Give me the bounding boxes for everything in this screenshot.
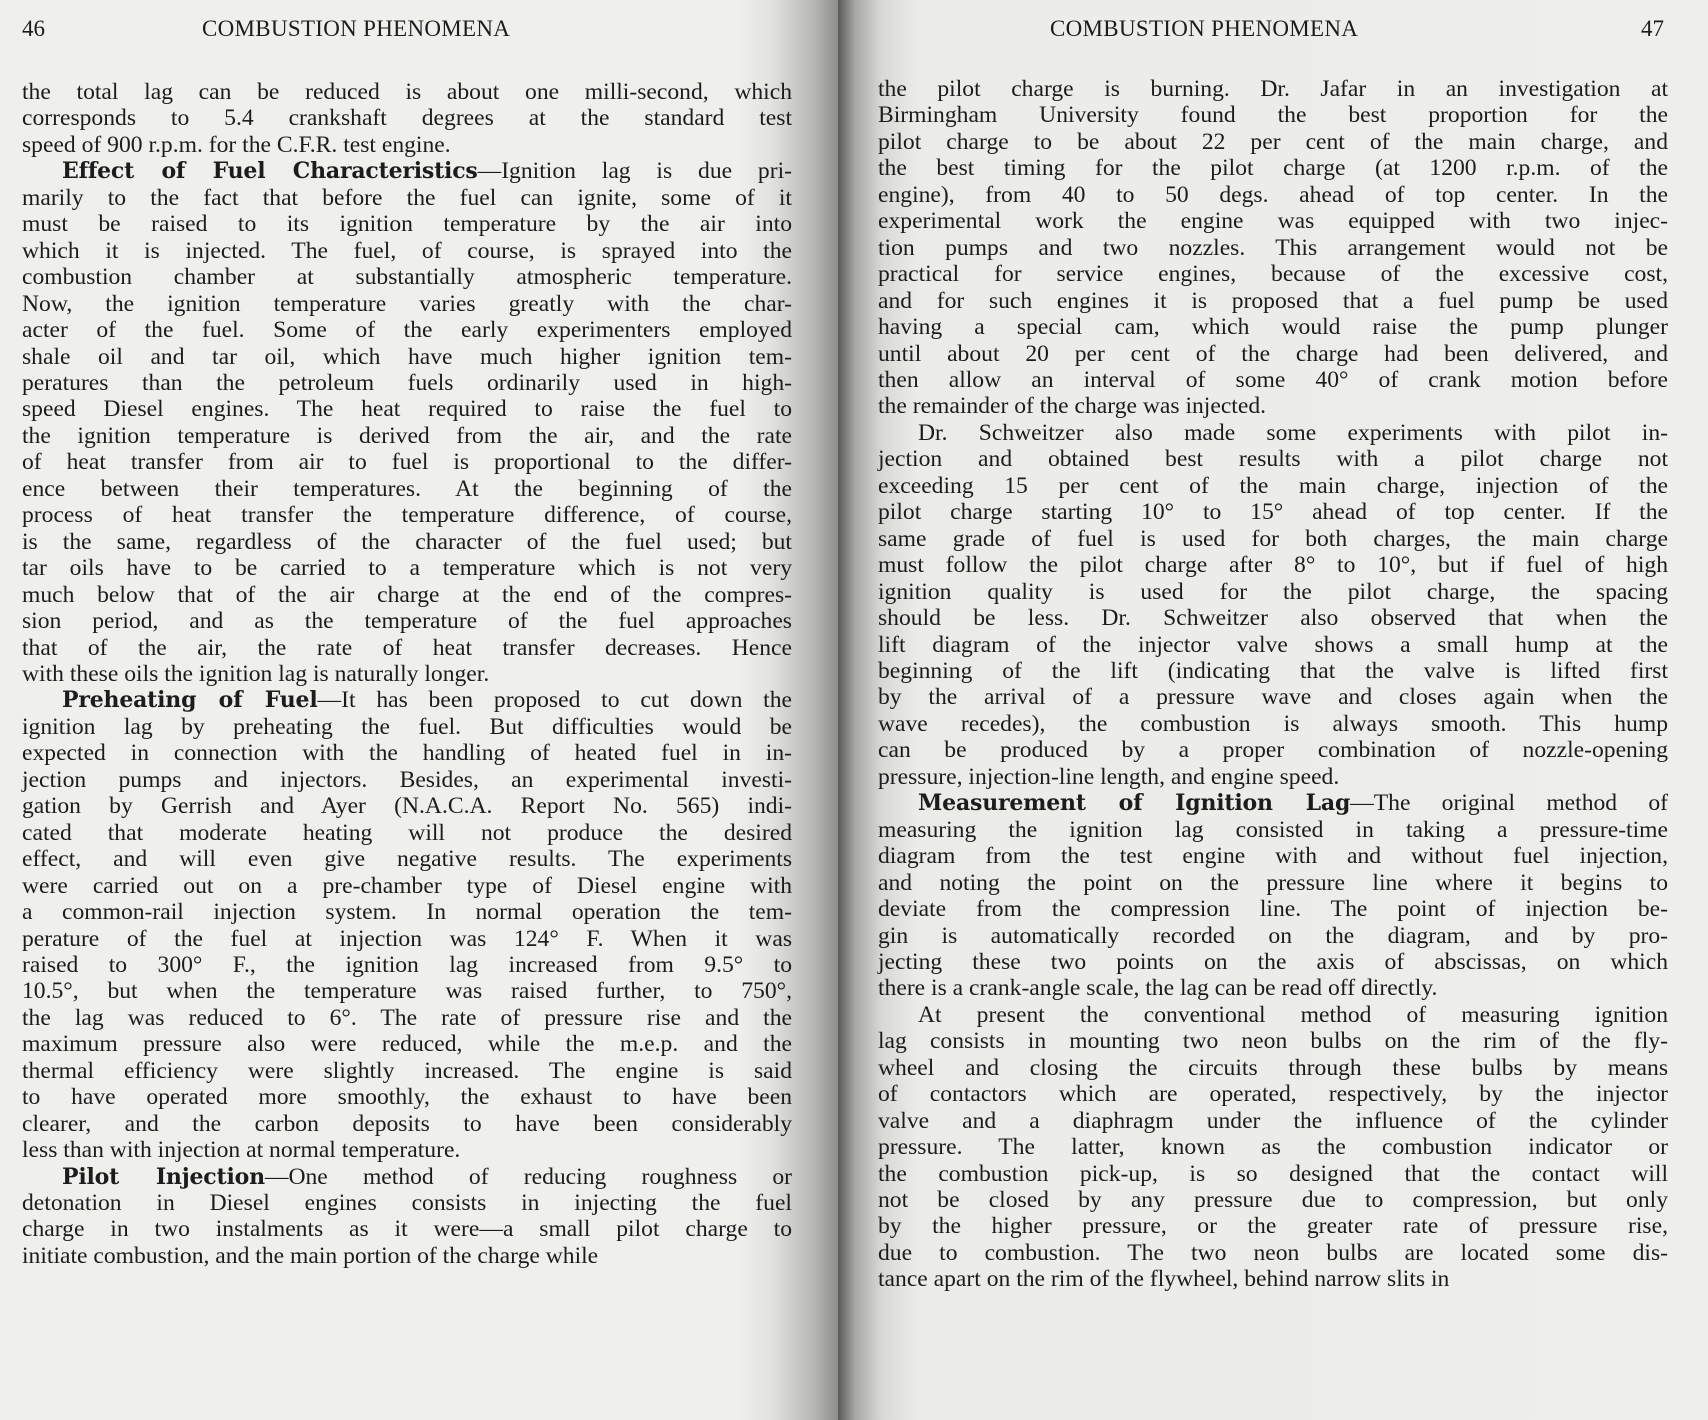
- line-text: tance apart on the rim of the flywheel, …: [878, 1266, 1449, 1292]
- line-text: valve and a diaphragm under the influenc…: [878, 1108, 1668, 1134]
- text-line: much below that of the air charge at the…: [22, 582, 792, 608]
- line-text: the combustion pick-up, is so designed t…: [878, 1161, 1668, 1187]
- line-text: must follow the pilot charge after 8° to…: [878, 552, 1668, 578]
- text-line: 10.5°, but when the temperature was rais…: [22, 978, 792, 1004]
- text-line: Preheating of Fuel—It has been proposed …: [22, 687, 792, 713]
- text-line: lag consists in mounting two neon bulbs …: [878, 1028, 1668, 1054]
- section-heading: Effect of Fuel Characteristics: [62, 158, 478, 184]
- text-line: until about 20 per cent of the charge ha…: [878, 341, 1668, 367]
- line-text: jecting these two points on the axis of …: [878, 949, 1668, 975]
- text-line: pressure. The latter, known as the combu…: [878, 1134, 1668, 1160]
- line-text: —The original method of: [1350, 790, 1668, 816]
- line-text: with these oils the ignition lag is natu…: [22, 661, 489, 687]
- text-line: ignition quality is used for the pilot c…: [878, 579, 1668, 605]
- text-line: ignition lag by preheating the fuel. But…: [22, 714, 792, 740]
- text-line: jecting these two points on the axis of …: [878, 949, 1668, 975]
- paragraph: Dr. Schweitzer also made some experiment…: [878, 420, 1668, 790]
- text-line: peratures than the petroleum fuels ordin…: [22, 370, 792, 396]
- text-line: that of the air, the rate of heat transf…: [22, 635, 792, 661]
- line-text: peratures than the petroleum fuels ordin…: [22, 370, 792, 396]
- text-line: At present the conventional method of me…: [878, 1002, 1668, 1028]
- paragraph: the total lag can be reduced is about on…: [22, 79, 792, 158]
- text-line: gin is automatically recorded on the dia…: [878, 923, 1668, 949]
- page-number: 47: [1641, 16, 1664, 42]
- line-text: beginning of the lift (indicating that t…: [878, 658, 1668, 684]
- line-text: of contactors which are operated, respec…: [878, 1081, 1668, 1107]
- text-line: were carried out on a pre-chamber type o…: [22, 873, 792, 899]
- body-text: the total lag can be reduced is about on…: [22, 79, 792, 1269]
- line-text: then allow an interval of some 40° of cr…: [878, 367, 1668, 393]
- line-text: diagram from the test engine with and wi…: [878, 843, 1668, 869]
- line-text: At present the conventional method of me…: [918, 1002, 1668, 1028]
- text-line: maximum pressure also were reduced, whil…: [22, 1031, 792, 1057]
- section-heading: Pilot Injection: [62, 1164, 265, 1190]
- line-text: pressure. The latter, known as the combu…: [878, 1134, 1668, 1160]
- paragraph: the pilot charge is burning. Dr. Jafar i…: [878, 76, 1668, 420]
- text-line: there is a crank-angle scale, the lag ca…: [878, 975, 1668, 1001]
- text-line: diagram from the test engine with and wi…: [878, 843, 1668, 869]
- text-line: ence between their temperatures. At the …: [22, 476, 792, 502]
- line-text: having a special cam, which would raise …: [878, 314, 1668, 340]
- text-line: Birmingham University found the best pro…: [878, 102, 1668, 128]
- line-text: due to combustion. The two neon bulbs ar…: [878, 1240, 1668, 1266]
- text-line: jection and obtained best results with a…: [878, 446, 1668, 472]
- line-text: by the higher pressure, or the greater r…: [878, 1213, 1668, 1239]
- right-page: COMBUSTION PHENOMENA 47 the pilot charge…: [838, 0, 1708, 1420]
- text-line: the pilot charge is burning. Dr. Jafar i…: [878, 76, 1668, 102]
- line-text: raised to 300° F., the ignition lag incr…: [22, 952, 792, 978]
- text-line: then allow an interval of some 40° of cr…: [878, 367, 1668, 393]
- line-text: measuring the ignition lag consisted in …: [878, 817, 1668, 843]
- line-text: lag consists in mounting two neon bulbs …: [878, 1028, 1668, 1054]
- line-text: engine), from 40 to 50 degs. ahead of to…: [878, 182, 1668, 208]
- text-line: can be produced by a proper combination …: [878, 737, 1668, 763]
- line-text: combustion chamber at substantially atmo…: [22, 264, 792, 290]
- text-line: and noting the point on the pressure lin…: [878, 870, 1668, 896]
- line-text: lift diagram of the injector valve shows…: [878, 632, 1668, 658]
- line-text: Dr. Schweitzer also made some experiment…: [918, 420, 1668, 446]
- line-text: ignition lag by preheating the fuel. But…: [22, 714, 792, 740]
- text-line: beginning of the lift (indicating that t…: [878, 658, 1668, 684]
- line-text: Birmingham University found the best pro…: [878, 102, 1668, 128]
- text-line: the lag was reduced to 6°. The rate of p…: [22, 1005, 792, 1031]
- line-text: of heat transfer from air to fuel is pro…: [22, 449, 792, 475]
- text-line: practical for service engines, because o…: [878, 261, 1668, 287]
- line-text: pressure, injection-line length, and eng…: [878, 764, 1339, 790]
- line-text: tion pumps and two nozzles. This arrange…: [878, 235, 1668, 261]
- line-text: pilot charge to be about 22 per cent of …: [878, 129, 1668, 155]
- text-line: acter of the fuel. Some of the early exp…: [22, 317, 792, 343]
- text-line: and for such engines it is proposed that…: [878, 288, 1668, 314]
- text-line: speed of 900 r.p.m. for the C.F.R. test …: [22, 132, 792, 158]
- text-line: sion period, and as the temperature of t…: [22, 608, 792, 634]
- paragraph: Preheating of Fuel—It has been proposed …: [22, 687, 792, 1163]
- line-text: Now, the ignition temperature varies gre…: [22, 291, 792, 317]
- paragraph: Pilot Injection—One method of reducing r…: [22, 1164, 792, 1270]
- line-text: effect, and will even give negative resu…: [22, 846, 792, 872]
- line-text: gation by Gerrish and Ayer (N.A.C.A. Rep…: [22, 793, 792, 819]
- text-line: must be raised to its ignition temperatu…: [22, 211, 792, 237]
- paragraph: Effect of Fuel Characteristics—Ignition …: [22, 158, 792, 687]
- text-line: by the higher pressure, or the greater r…: [878, 1213, 1668, 1239]
- text-line: tion pumps and two nozzles. This arrange…: [878, 235, 1668, 261]
- text-line: Dr. Schweitzer also made some experiment…: [878, 420, 1668, 446]
- section-heading: Preheating of Fuel: [62, 687, 318, 713]
- line-text: until about 20 per cent of the charge ha…: [878, 341, 1668, 367]
- line-text: deviate from the compression line. The p…: [878, 896, 1668, 922]
- line-text: thermal efficiency were slightly increas…: [22, 1058, 792, 1084]
- text-line: should be less. Dr. Schweitzer also obse…: [878, 605, 1668, 631]
- running-head: COMBUSTION PHENOMENA: [202, 16, 510, 42]
- line-text: gin is automatically recorded on the dia…: [878, 923, 1668, 949]
- line-text: that of the air, the rate of heat transf…: [22, 635, 792, 661]
- text-line: not be closed by any pressure due to com…: [878, 1187, 1668, 1213]
- text-line: pilot charge to be about 22 per cent of …: [878, 129, 1668, 155]
- left-page: 46 COMBUSTION PHENOMENA the total lag ca…: [0, 0, 838, 1420]
- text-line: by the arrival of a pressure wave and cl…: [878, 684, 1668, 710]
- text-line: exceeding 15 per cent of the main charge…: [878, 473, 1668, 499]
- line-text: tar oils have to be carried to a tempera…: [22, 555, 792, 581]
- text-line: wave recedes), the combustion is always …: [878, 711, 1668, 737]
- text-line: less than with injection at normal tempe…: [22, 1137, 792, 1163]
- line-text: were carried out on a pre-chamber type o…: [22, 873, 792, 899]
- text-line: lift diagram of the injector valve shows…: [878, 632, 1668, 658]
- book-spread: 46 COMBUSTION PHENOMENA the total lag ca…: [0, 0, 1708, 1420]
- line-text: sion period, and as the temperature of t…: [22, 608, 792, 634]
- line-text: —It has been proposed to cut down the: [318, 687, 792, 713]
- line-text: detonation in Diesel engines consists in…: [22, 1190, 792, 1216]
- text-line: the total lag can be reduced is about on…: [22, 79, 792, 105]
- text-line: of contactors which are operated, respec…: [878, 1081, 1668, 1107]
- text-line: to have operated more smoothly, the exha…: [22, 1084, 792, 1110]
- page-number: 46: [22, 16, 45, 42]
- line-text: speed of 900 r.p.m. for the C.F.R. test …: [22, 132, 451, 158]
- line-text: pilot charge starting 10° to 15° ahead o…: [878, 499, 1668, 525]
- text-line: valve and a diaphragm under the influenc…: [878, 1108, 1668, 1134]
- text-line: expected in connection with the handling…: [22, 740, 792, 766]
- line-text: there is a crank-angle scale, the lag ca…: [878, 975, 1437, 1001]
- text-line: detonation in Diesel engines consists in…: [22, 1190, 792, 1216]
- text-line: is the same, regardless of the character…: [22, 529, 792, 555]
- body-text: the pilot charge is burning. Dr. Jafar i…: [878, 76, 1668, 1293]
- line-text: is the same, regardless of the character…: [22, 529, 792, 555]
- section-heading: Measurement of Ignition Lag: [918, 790, 1350, 816]
- text-line: measuring the ignition lag consisted in …: [878, 817, 1668, 843]
- line-text: the lag was reduced to 6°. The rate of p…: [22, 1005, 792, 1031]
- text-line: marily to the fact that before the fuel …: [22, 185, 792, 211]
- line-text: by the arrival of a pressure wave and cl…: [878, 684, 1668, 710]
- line-text: the ignition temperature is derived from…: [22, 423, 792, 449]
- paragraph: Measurement of Ignition Lag—The original…: [878, 790, 1668, 1002]
- text-line: the combustion pick-up, is so designed t…: [878, 1161, 1668, 1187]
- text-line: effect, and will even give negative resu…: [22, 846, 792, 872]
- text-line: process of heat transfer the temperature…: [22, 502, 792, 528]
- line-text: clearer, and the carbon deposits to have…: [22, 1111, 792, 1137]
- text-line: the remainder of the charge was injected…: [878, 393, 1668, 419]
- line-text: acter of the fuel. Some of the early exp…: [22, 317, 792, 343]
- line-text: experimental work the engine was equippe…: [878, 208, 1668, 234]
- text-line: of heat transfer from air to fuel is pro…: [22, 449, 792, 475]
- text-line: tar oils have to be carried to a tempera…: [22, 555, 792, 581]
- paragraph: At present the conventional method of me…: [878, 1002, 1668, 1293]
- line-text: marily to the fact that before the fuel …: [22, 185, 792, 211]
- text-line: clearer, and the carbon deposits to have…: [22, 1111, 792, 1137]
- line-text: the remainder of the charge was injected…: [878, 393, 1266, 419]
- text-line: pilot charge starting 10° to 15° ahead o…: [878, 499, 1668, 525]
- text-line: having a special cam, which would raise …: [878, 314, 1668, 340]
- line-text: speed Diesel engines. The heat required …: [22, 396, 792, 422]
- text-line: a common-rail injection system. In norma…: [22, 899, 792, 925]
- text-line: Measurement of Ignition Lag—The original…: [878, 790, 1668, 816]
- text-line: tance apart on the rim of the flywheel, …: [878, 1266, 1668, 1292]
- line-text: shale oil and tar oil, which have much h…: [22, 344, 792, 370]
- text-line: experimental work the engine was equippe…: [878, 208, 1668, 234]
- line-text: wheel and closing the circuits through t…: [878, 1055, 1668, 1081]
- line-text: 10.5°, but when the temperature was rais…: [22, 978, 792, 1004]
- line-text: ignition quality is used for the pilot c…: [878, 579, 1668, 605]
- line-text: perature of the fuel at injection was 12…: [22, 926, 792, 952]
- text-line: charge in two instalments as it were—a s…: [22, 1216, 792, 1242]
- line-text: corresponds to 5.4 crankshaft degrees at…: [22, 105, 792, 131]
- text-line: Now, the ignition temperature varies gre…: [22, 291, 792, 317]
- text-line: raised to 300° F., the ignition lag incr…: [22, 952, 792, 978]
- text-line: combustion chamber at substantially atmo…: [22, 264, 792, 290]
- line-text: charge in two instalments as it were—a s…: [22, 1216, 792, 1242]
- text-line: deviate from the compression line. The p…: [878, 896, 1668, 922]
- line-text: can be produced by a proper combination …: [878, 737, 1668, 763]
- line-text: the total lag can be reduced is about on…: [22, 79, 792, 105]
- line-text: expected in connection with the handling…: [22, 740, 792, 766]
- line-text: less than with injection at normal tempe…: [22, 1137, 460, 1163]
- line-text: jection pumps and injectors. Besides, an…: [22, 767, 792, 793]
- line-text: —Ignition lag is due pri-: [478, 158, 792, 184]
- line-text: and for such engines it is proposed that…: [878, 288, 1668, 314]
- line-text: cated that moderate heating will not pro…: [22, 820, 792, 846]
- line-text: —One method of reducing roughness or: [265, 1164, 792, 1190]
- line-text: to have operated more smoothly, the exha…: [22, 1084, 792, 1110]
- line-text: not be closed by any pressure due to com…: [878, 1187, 1668, 1213]
- text-line: speed Diesel engines. The heat required …: [22, 396, 792, 422]
- line-text: exceeding 15 per cent of the main charge…: [878, 473, 1668, 499]
- text-line: wheel and closing the circuits through t…: [878, 1055, 1668, 1081]
- line-text: jection and obtained best results with a…: [878, 446, 1668, 472]
- text-line: perature of the fuel at injection was 12…: [22, 926, 792, 952]
- line-text: should be less. Dr. Schweitzer also obse…: [878, 605, 1668, 631]
- running-head: COMBUSTION PHENOMENA: [1050, 16, 1358, 42]
- line-text: practical for service engines, because o…: [878, 261, 1668, 287]
- line-text: same grade of fuel is used for both char…: [878, 526, 1668, 552]
- line-text: ence between their temperatures. At the …: [22, 476, 792, 502]
- text-line: jection pumps and injectors. Besides, an…: [22, 767, 792, 793]
- line-text: the best timing for the pilot charge (at…: [878, 155, 1668, 181]
- text-line: pressure, injection-line length, and eng…: [878, 764, 1668, 790]
- line-text: and noting the point on the pressure lin…: [878, 870, 1668, 896]
- text-line: Pilot Injection—One method of reducing r…: [22, 1164, 792, 1190]
- text-line: shale oil and tar oil, which have much h…: [22, 344, 792, 370]
- line-text: must be raised to its ignition temperatu…: [22, 211, 792, 237]
- text-line: which it is injected. The fuel, of cours…: [22, 238, 792, 264]
- text-line: due to combustion. The two neon bulbs ar…: [878, 1240, 1668, 1266]
- line-text: which it is injected. The fuel, of cours…: [22, 238, 792, 264]
- text-line: cated that moderate heating will not pro…: [22, 820, 792, 846]
- line-text: the pilot charge is burning. Dr. Jafar i…: [878, 76, 1668, 102]
- text-line: must follow the pilot charge after 8° to…: [878, 552, 1668, 578]
- line-text: process of heat transfer the temperature…: [22, 502, 792, 528]
- line-text: a common-rail injection system. In norma…: [22, 899, 792, 925]
- text-line: corresponds to 5.4 crankshaft degrees at…: [22, 105, 792, 131]
- line-text: wave recedes), the combustion is always …: [878, 711, 1668, 737]
- text-line: gation by Gerrish and Ayer (N.A.C.A. Rep…: [22, 793, 792, 819]
- line-text: much below that of the air charge at the…: [22, 582, 792, 608]
- text-line: thermal efficiency were slightly increas…: [22, 1058, 792, 1084]
- text-line: engine), from 40 to 50 degs. ahead of to…: [878, 182, 1668, 208]
- text-line: the best timing for the pilot charge (at…: [878, 155, 1668, 181]
- text-line: with these oils the ignition lag is natu…: [22, 661, 792, 687]
- text-line: same grade of fuel is used for both char…: [878, 526, 1668, 552]
- text-line: initiate combustion, and the main portio…: [22, 1243, 792, 1269]
- text-line: the ignition temperature is derived from…: [22, 423, 792, 449]
- text-line: Effect of Fuel Characteristics—Ignition …: [22, 158, 792, 184]
- line-text: maximum pressure also were reduced, whil…: [22, 1031, 792, 1057]
- line-text: initiate combustion, and the main portio…: [22, 1243, 598, 1269]
